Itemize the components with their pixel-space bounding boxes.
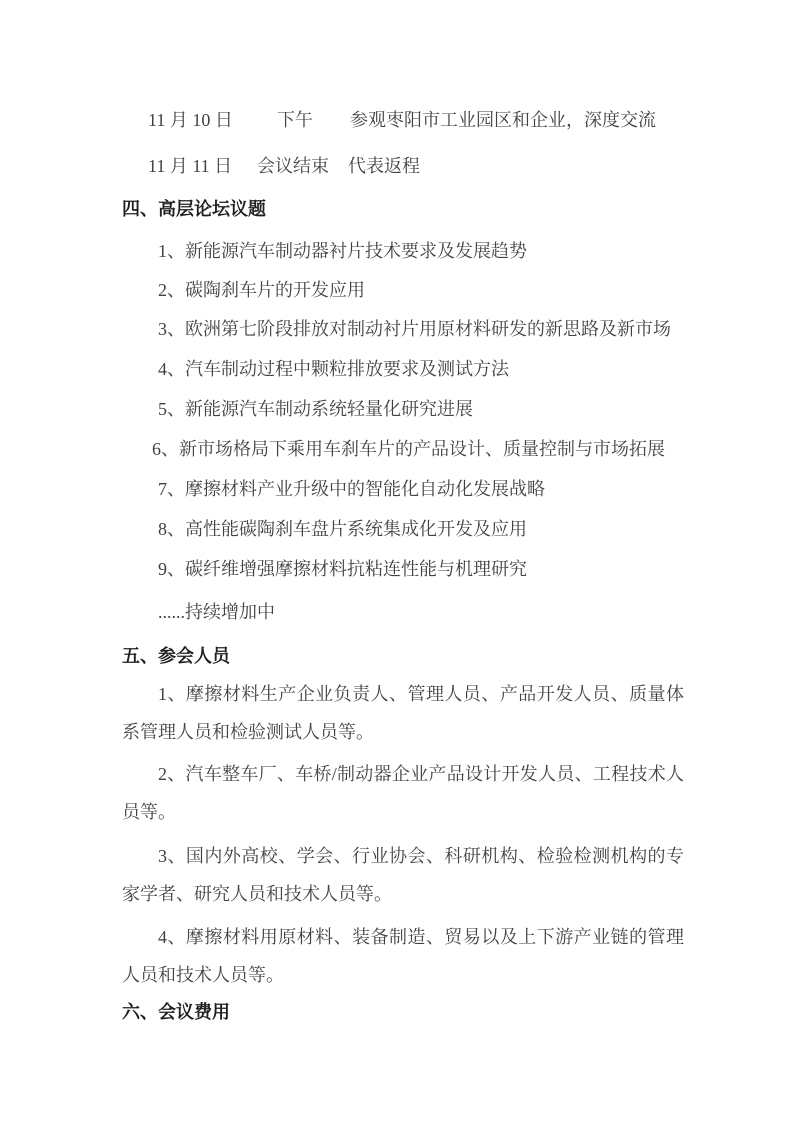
forum-topic-item: 7、摩擦材料产业升级中的智能化自动化发展战略 xyxy=(122,470,545,508)
document-page: 11 月 10 日 下午 参观枣阳市工业园区和企业，深度交流 11 月 11 日… xyxy=(0,0,800,1131)
schedule-date: 11 月 10 日 xyxy=(148,101,233,139)
forum-topic-item: 1、新能源汽车制动器衬片技术要求及发展趋势 xyxy=(122,232,527,270)
forum-topic-item: 6、新市场格局下乘用车刹车片的产品设计、质量控制与市场拓展 xyxy=(122,430,665,468)
schedule-date: 11 月 11 日 xyxy=(148,147,232,185)
attendees-paragraph: 1、摩擦材料生产企业负责人、管理人员、产品开发人员、质量体系管理人员和检验测试人… xyxy=(122,675,684,751)
schedule-row: 11 月 10 日 下午 参观枣阳市工业园区和企业，深度交流 xyxy=(122,101,684,139)
forum-topic-item: 5、新能源汽车制动系统轻量化研究进展 xyxy=(122,390,473,428)
section-heading-attendees: 五、参会人员 xyxy=(122,637,684,675)
section-heading-fees: 六、会议费用 xyxy=(122,993,684,1031)
forum-topic-item: 2、碳陶刹车片的开发应用 xyxy=(122,271,365,309)
forum-topic-item: 3、欧洲第七阶段排放对制动衬片用原材料研发的新思路及新市场 xyxy=(122,310,671,348)
forum-topics-more-note: ......持续增加中 xyxy=(122,593,275,631)
schedule-status: 会议结束 xyxy=(257,147,329,185)
attendees-paragraph: 2、汽车整车厂、车桥/制动器企业产品设计开发人员、工程技术人员等。 xyxy=(122,755,684,831)
forum-topic-item: 8、高性能碳陶刹车盘片系统集成化开发及应用 xyxy=(122,510,527,548)
schedule-row: 11 月 11 日 会议结束 代表返程 xyxy=(122,147,684,185)
forum-topic-item: 9、碳纤维增强摩擦材料抗粘连性能与机理研究 xyxy=(122,550,527,588)
schedule-activity: 代表返程 xyxy=(348,147,420,185)
schedule-activity: 参观枣阳市工业园区和企业，深度交流 xyxy=(350,101,656,139)
forum-topic-item: 4、汽车制动过程中颗粒排放要求及测试方法 xyxy=(122,350,509,388)
section-heading-forum-topics: 四、高层论坛议题 xyxy=(122,190,684,228)
attendees-paragraph: 4、摩擦材料用原材料、装备制造、贸易以及上下游产业链的管理人员和技术人员等。 xyxy=(122,918,684,994)
attendees-paragraph: 3、国内外高校、学会、行业协会、科研机构、检验检测机构的专家学者、研究人员和技术… xyxy=(122,837,684,913)
schedule-time: 下午 xyxy=(277,101,313,139)
